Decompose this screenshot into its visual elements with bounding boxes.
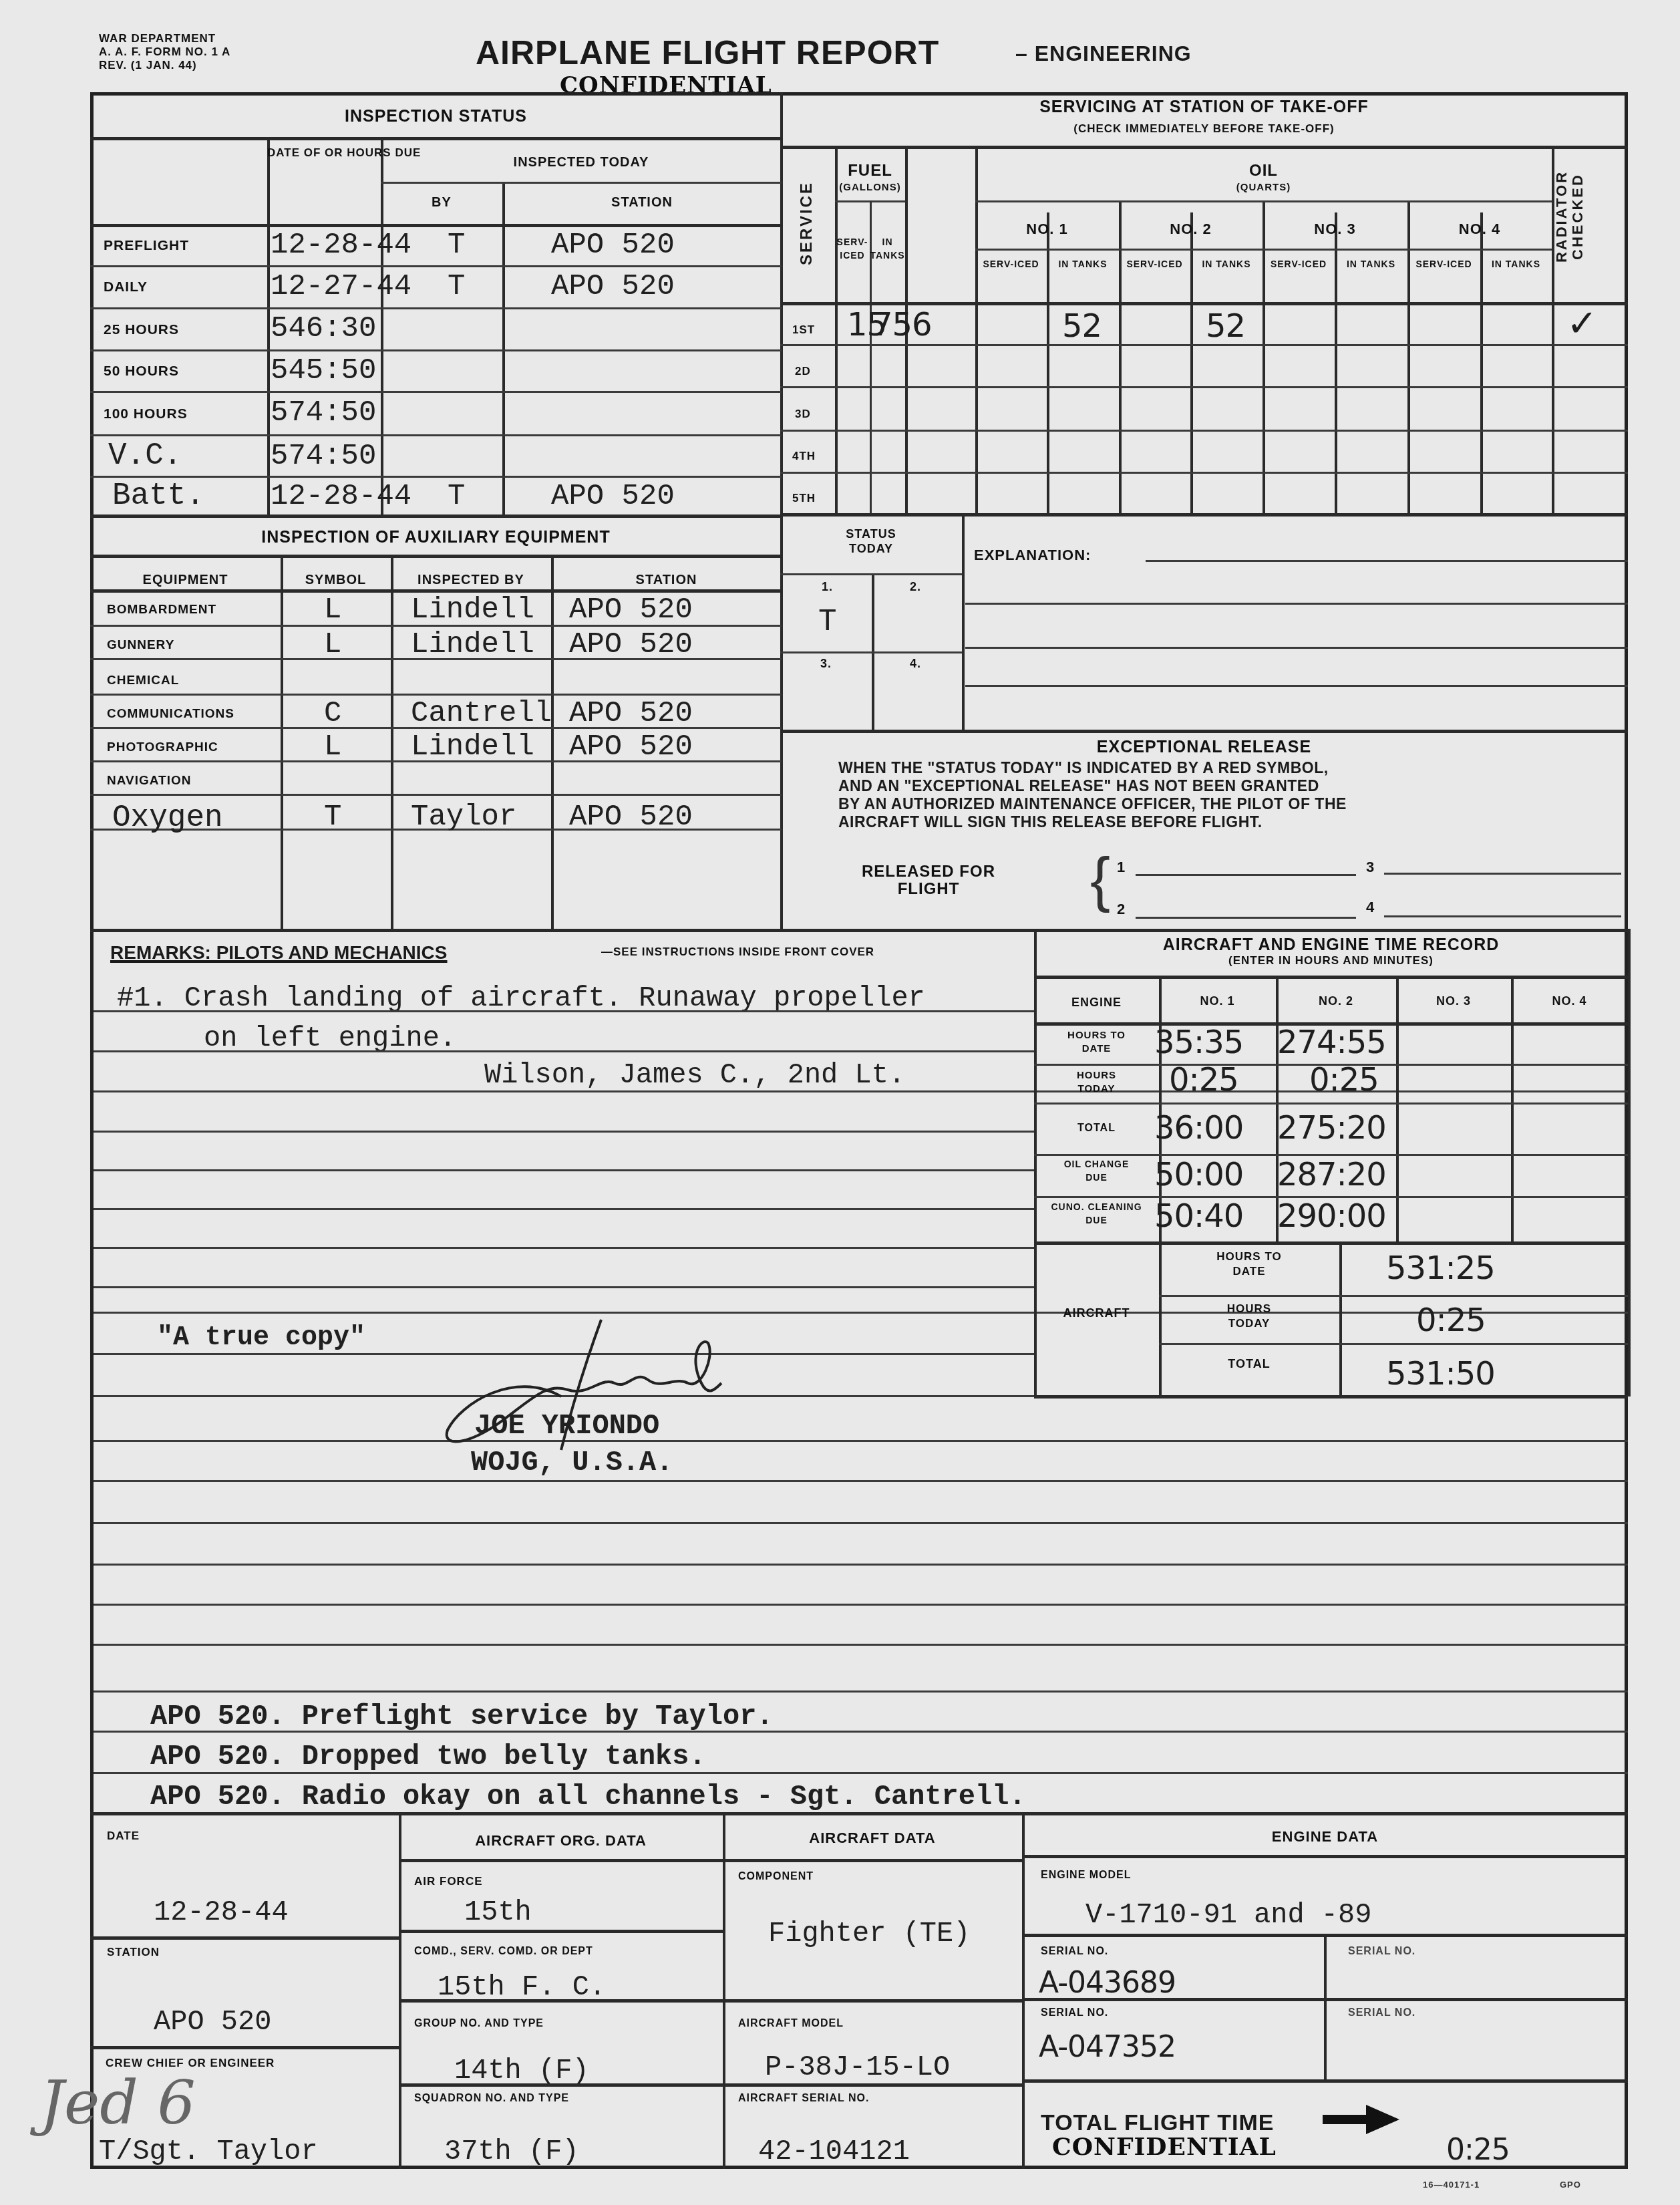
remark-line: #1. Crash landing of aircraft. Runaway p… — [117, 982, 925, 1014]
engine-serial-label: SERIAL No. — [1041, 2007, 1108, 2019]
instruction-line: WHEN THE "STATUS TODAY" IS INDICATED BY … — [838, 759, 1347, 777]
col-inspected-today-header: INSPECTED TODAY — [381, 155, 782, 170]
log-entry: APO 520. Dropped two belly tanks. — [150, 1741, 706, 1773]
inspection-row-label: 25 HOURS — [104, 322, 179, 338]
component-label: COMPONENT — [738, 1871, 814, 1883]
engine-serial-label: SERIAL No. — [1348, 1946, 1415, 1958]
inspection-row-label: 50 HOURS — [104, 363, 179, 380]
status-cell-number: 2. — [910, 580, 921, 594]
released-for-flight-label: RELEASED FOR FLIGHT — [828, 863, 1029, 898]
inspection-row-due: 12-28-44 — [271, 229, 411, 262]
inspection-row-label: PREFLIGHT — [104, 238, 189, 254]
inspection-row-due: 546:30 — [271, 312, 376, 345]
col-aux-station-header: STATION — [551, 573, 782, 588]
status-cell-value: T — [818, 605, 837, 639]
engine-col-header: No. 4 — [1511, 994, 1628, 1008]
inspection-row-due: 574:50 — [271, 440, 376, 473]
air-force-value: 15th — [464, 1896, 532, 1928]
time-row-label: HOURS TO DATE — [1034, 1029, 1159, 1056]
aux-row-symbol: T — [324, 800, 341, 834]
aircraft-serial-value: 42-104121 — [758, 2136, 910, 2168]
auxiliary-heading: INSPECTION OF AUXILIARY EQUIPMENT — [90, 528, 782, 547]
aux-row-station: APO 520 — [569, 730, 693, 764]
release-signature-line-2[interactable] — [1136, 917, 1356, 919]
aircraft-row-label: TOTAL — [1159, 1356, 1339, 1371]
inspection-row-label: V.C. — [108, 438, 182, 473]
oil-in-tanks-header: IN TANKS — [1190, 257, 1263, 271]
form-revision: REV. (1 JAN. 44) — [99, 59, 230, 72]
engine-serial-3-value: A-047352 — [1039, 2030, 1176, 2064]
aux-row-equipment: Oxygen — [112, 800, 223, 835]
release-signature-line-3[interactable] — [1384, 873, 1621, 875]
aux-row-symbol: L — [324, 628, 341, 661]
released-label-line: FLIGHT — [828, 881, 1029, 898]
aircraft-row-label: HOURS TO DATE — [1159, 1249, 1339, 1279]
oil-in-tanks-header: IN TANKS — [1335, 257, 1407, 271]
time-value: 290:00 — [1277, 1197, 1386, 1235]
servicing-heading: SERVICING AT STATION OF TAKE-OFF — [780, 98, 1628, 117]
inspection-row-due: 12-27-44 — [271, 270, 411, 303]
aux-row-equipment: CHEMICAL — [107, 674, 179, 688]
gpo-mark: GPO — [1560, 2180, 1581, 2190]
oil-serviced-header: SERV-ICED — [1119, 257, 1190, 271]
date-label: DATE — [107, 1829, 140, 1843]
inspection-row-by: T — [448, 480, 465, 513]
time-value: 36:00 — [1154, 1109, 1243, 1147]
page-title: AIRPLANE FLIGHT REPORT — [476, 33, 939, 72]
release-slot-number: 3 — [1366, 859, 1375, 876]
engine-data-heading: ENGINE DATA — [1022, 1828, 1628, 1846]
engine-model-value: V-1710-91 and -89 — [1085, 1899, 1371, 1931]
oil-in-tanks-header: IN TANKS — [1047, 257, 1119, 271]
oil-serviced-header: SERV-ICED — [1407, 257, 1480, 271]
release-slot-number: 2 — [1117, 901, 1126, 918]
fuel-in-tanks-value: 756 — [872, 306, 932, 343]
status-cell-number: 3. — [820, 657, 832, 671]
aux-row-symbol: C — [324, 697, 341, 730]
inspection-status-heading: INSPECTION STATUS — [90, 107, 782, 126]
release-slot-number: 1 — [1117, 859, 1126, 876]
engine-col-header: ENGINE — [1034, 996, 1159, 1010]
engine-serial-1-value: A-043689 — [1039, 1966, 1176, 2000]
aux-row-station: APO 520 — [569, 593, 693, 627]
service-row-label: 2D — [795, 365, 811, 378]
aux-row-inspected-by: Taylor — [411, 800, 516, 834]
remark-signoff: Wilson, James C., 2nd Lt. — [484, 1059, 905, 1091]
instruction-line: AND AN "EXCEPTIONAL RELEASE" HAS NOT BEE… — [838, 777, 1347, 795]
station-label: STATION — [107, 1946, 160, 1959]
service-row-label: 5TH — [792, 492, 816, 505]
service-row-label: 4TH — [792, 450, 816, 463]
inspection-row-by: T — [448, 229, 465, 262]
remarks-heading: REMARKS: PILOTS AND MECHANICS — [110, 942, 448, 964]
inspection-row-station: APO 520 — [551, 270, 675, 303]
oil-engine-1-header: No. 1 — [975, 220, 1119, 238]
status-cell-number: 1. — [822, 580, 833, 594]
engine-col-header: No. 2 — [1276, 994, 1396, 1008]
time-value: 0:25 — [1309, 1061, 1379, 1098]
aux-row-equipment: BOMBARDMENT — [107, 603, 216, 617]
oil-in-tanks-header: IN TANKS — [1480, 257, 1552, 271]
time-value: 50:40 — [1154, 1197, 1243, 1235]
aux-row-equipment: NAVIGATION — [107, 774, 191, 788]
aux-row-equipment: PHOTOGRAPHIC — [107, 740, 218, 755]
release-signature-line-4[interactable] — [1384, 915, 1621, 917]
aircraft-model-value: P-38J-15-LO — [765, 2051, 950, 2083]
engine-col-header: No. 3 — [1396, 994, 1511, 1008]
aircraft-hours-today: 0:25 — [1416, 1302, 1486, 1339]
brace-icon: { — [1090, 850, 1110, 910]
instruction-line: BY AN AUTHORIZED MAINTENANCE OFFICER, TH… — [838, 795, 1347, 813]
radiator-checked-label: RADIATOR CHECKED — [1554, 163, 1586, 270]
time-row-label: TOTAL — [1034, 1121, 1159, 1136]
service-row-label: 3D — [795, 408, 811, 421]
signer-title: WOJG, U.S.A. — [471, 1447, 673, 1479]
aux-row-inspected-by: Cantrell — [411, 697, 552, 730]
squadron-label: SQUADRON No. AND TYPE — [414, 2093, 569, 2105]
aux-row-equipment: COMMUNICATIONS — [107, 707, 234, 722]
department-line: WAR DEPARTMENT — [99, 32, 230, 45]
group-label: GROUP No. AND TYPE — [414, 2018, 544, 2030]
status-today-heading: STATUS TODAY — [780, 527, 962, 556]
aircraft-row-label: HOURS TODAY — [1159, 1302, 1339, 1331]
exceptional-release-instructions: WHEN THE "STATUS TODAY" IS INDICATED BY … — [838, 759, 1347, 831]
oil-engine-2-header: No. 2 — [1119, 220, 1263, 238]
released-label-line: RELEASED FOR — [828, 863, 1029, 881]
time-value: 274:55 — [1277, 1024, 1386, 1061]
squadron-value: 37th (F) — [444, 2136, 579, 2168]
inspection-row-label: 100 HOURS — [104, 406, 188, 422]
oil-serviced-header: SERV-ICED — [975, 257, 1047, 271]
inspection-row-due: 12-28-44 — [271, 480, 411, 513]
signer-name: JOE YRIONDO — [474, 1410, 659, 1442]
col-station-header: STATION — [502, 195, 782, 210]
time-value: 287:20 — [1277, 1156, 1386, 1193]
group-value: 14th (F) — [454, 2055, 589, 2087]
release-slot-number: 4 — [1366, 899, 1375, 916]
oil-serviced-header: SERV-ICED — [1263, 257, 1335, 271]
aircraft-hours-to-date: 531:25 — [1386, 1249, 1495, 1287]
col-equipment-header: EQUIPMENT — [90, 573, 281, 588]
aircraft-model-label: AIRCRAFT MODEL — [738, 2018, 844, 2030]
fuel-unit: (GALLONS) — [835, 180, 905, 195]
time-value: 50:00 — [1154, 1156, 1243, 1193]
total-flight-time-value: 0:25 — [1446, 2133, 1510, 2167]
log-entry: APO 520. Radio okay on all channels - Sg… — [150, 1781, 1026, 1813]
aircraft-data-heading: AIRCRAFT DATA — [723, 1829, 1022, 1847]
crew-initials-handwriting: Jed 6 — [40, 2068, 196, 2138]
component-value: Fighter (TE) — [768, 1918, 970, 1950]
oil-label: OIL — [975, 162, 1552, 180]
remarks-instructions: —SEE INSTRUCTIONS INSIDE FRONT COVER — [601, 945, 874, 959]
command-label: COMD., SERV. COMD. OR DEPT — [414, 1946, 593, 1958]
inspection-row-by: T — [448, 270, 465, 303]
servicing-subheading: (CHECK IMMEDIATELY BEFORE TAKE-OFF) — [780, 122, 1628, 136]
oil1-in-tanks-value: 52 — [1062, 307, 1102, 345]
form-number: A. A. F. FORM No. 1 A — [99, 45, 230, 59]
col-by-header: BY — [381, 195, 502, 210]
print-code: 16—40171-1 — [1423, 2180, 1480, 2190]
aux-row-symbol: L — [324, 593, 341, 627]
time-row-label: CUNO. CLEANING DUE — [1034, 1200, 1159, 1227]
engine-serial-label: SERIAL No. — [1041, 1946, 1108, 1958]
aux-row-station: APO 520 — [569, 800, 693, 834]
oil-unit: (QUARTS) — [975, 180, 1552, 195]
oil2-in-tanks-value: 52 — [1206, 307, 1245, 345]
air-force-label: AIR FORCE — [414, 1875, 483, 1888]
time-row-label: HOURS TODAY — [1034, 1069, 1159, 1096]
inspection-row-due: 574:50 — [271, 396, 376, 430]
aux-row-inspected-by: Lindell — [411, 628, 534, 661]
aux-row-station: APO 520 — [569, 628, 693, 661]
fuel-label: FUEL — [835, 162, 905, 180]
time-record-heading: AIRCRAFT AND ENGINE TIME RECORD — [1034, 935, 1628, 955]
time-value: 275:20 — [1277, 1109, 1386, 1147]
engine-col-header: No. 1 — [1159, 994, 1276, 1008]
log-entry: APO 520. Preflight service by Taylor. — [150, 1701, 774, 1733]
inspection-row-label: Batt. — [112, 478, 204, 513]
fuel-in-tanks-header: IN TANKS — [870, 235, 905, 262]
explanation-label: EXPLANATION: — [974, 547, 1091, 564]
inspection-row-due: 545:50 — [271, 354, 376, 388]
radiator-check-mark: ✓ — [1566, 302, 1597, 345]
aux-row-inspected-by: Lindell — [411, 593, 534, 627]
instruction-line: AIRCRAFT WILL SIGN THIS RELEASE BEFORE F… — [838, 813, 1347, 831]
inspection-row-label: DAILY — [104, 279, 148, 295]
col-inspected-by-header: INSPECTED BY — [391, 573, 551, 588]
release-signature-line-1[interactable] — [1136, 874, 1356, 876]
form-department-block: WAR DEPARTMENT A. A. F. FORM No. 1 A REV… — [99, 32, 230, 72]
station-value: APO 520 — [154, 2006, 271, 2038]
aircraft-total-hours: 531:50 — [1386, 1355, 1495, 1392]
time-record-subheading: (ENTER IN HOURS AND MINUTES) — [1034, 954, 1628, 968]
time-value: 35:35 — [1154, 1024, 1243, 1061]
fuel-serviced-header: SERV-ICED — [835, 235, 870, 262]
engine-model-label: ENGINE MODEL — [1041, 1870, 1132, 1882]
aircraft-serial-label: AIRCRAFT SERIAL No. — [738, 2093, 869, 2105]
time-row-label: OIL CHANGE DUE — [1034, 1157, 1159, 1184]
aux-row-inspected-by: Lindell — [411, 730, 534, 764]
arrow-right-icon — [1323, 2103, 1403, 2137]
aux-row-symbol: L — [324, 730, 341, 764]
crew-chief-value: T/Sgt. Taylor — [99, 2136, 318, 2168]
confidential-stamp-bottom: CONFIDENTIAL — [1052, 2133, 1277, 2161]
service-column-label: SERVICE — [798, 170, 816, 277]
status-cell-number: 4. — [910, 657, 921, 671]
org-data-heading: AIRCRAFT ORG. DATA — [399, 1832, 723, 1850]
inspection-row-station: APO 520 — [551, 229, 675, 262]
aux-row-station: APO 520 — [569, 697, 693, 730]
engine-serial-label: SERIAL No. — [1348, 2007, 1415, 2019]
command-value: 15th F. C. — [438, 1971, 606, 2003]
aircraft-label: AIRCRAFT — [1034, 1306, 1159, 1320]
date-value: 12-28-44 — [154, 1896, 289, 1928]
service-row-label: 1ST — [792, 323, 815, 337]
oil-engine-4-header: No. 4 — [1407, 220, 1552, 238]
remark-line: on left engine. — [204, 1022, 456, 1054]
page-subtitle: – ENGINEERING — [1015, 41, 1192, 66]
inspection-row-station: APO 520 — [551, 480, 675, 513]
oil-engine-3-header: No. 3 — [1263, 220, 1407, 238]
time-value: 0:25 — [1169, 1061, 1238, 1098]
true-copy-note: "A true copy" — [157, 1323, 365, 1353]
exceptional-release-heading: EXCEPTIONAL RELEASE — [780, 738, 1628, 757]
aux-row-equipment: GUNNERY — [107, 638, 174, 653]
col-date-due-header: DATE OF OR HOURS DUE — [267, 146, 381, 160]
col-symbol-header: SYMBOL — [281, 573, 391, 588]
